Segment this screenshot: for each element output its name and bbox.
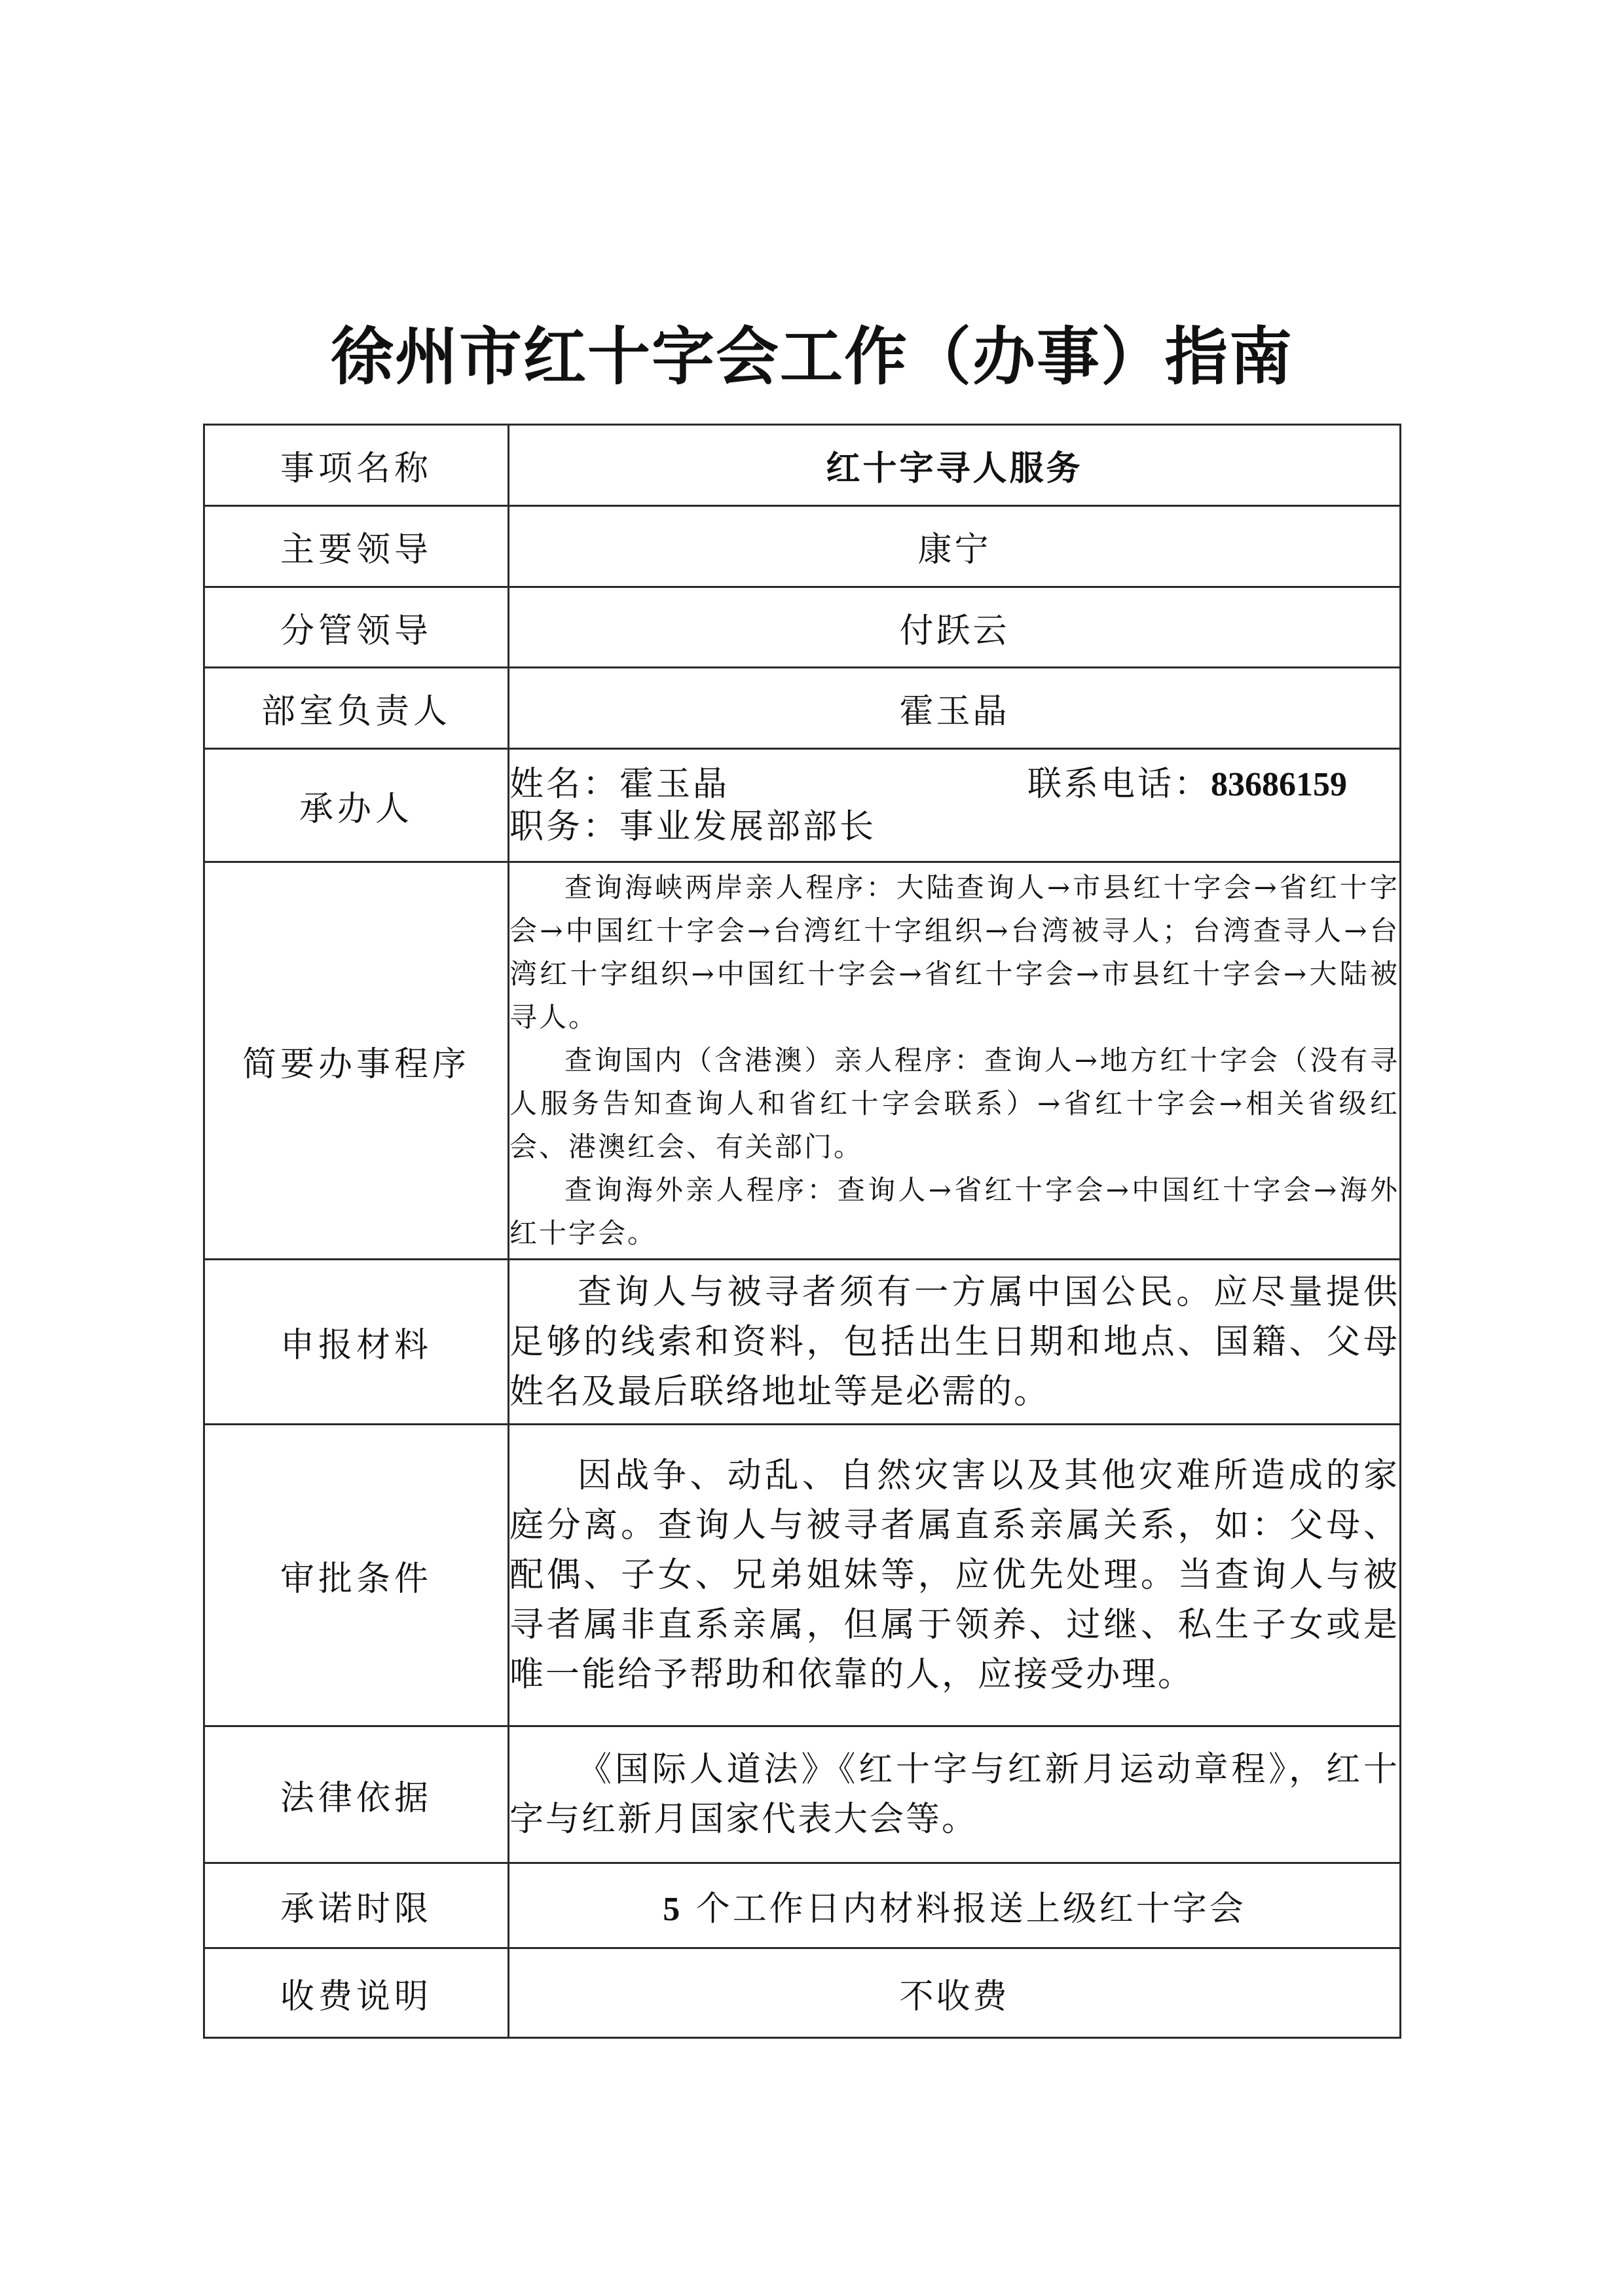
phone-value: 83686159 <box>1211 766 1347 803</box>
main-leader-label: 主要领导 <box>204 506 509 587</box>
table-row-fees: 收费说明 不收费 <box>204 1948 1401 2038</box>
table-row-time-limit: 承诺时限 5 个工作日内材料报送上级红十字会 <box>204 1863 1401 1948</box>
main-leader-value: 康宁 <box>509 506 1401 587</box>
handler-name: 姓名：霍玉晶 <box>509 763 729 806</box>
position-value: 事业发展部部长 <box>619 807 876 847</box>
page-title: 徐州市红十字会工作（办事）指南 <box>0 311 1624 403</box>
phone-label: 联系电话： <box>1027 765 1211 804</box>
fees-value: 不收费 <box>509 1948 1401 2038</box>
time-limit-label: 承诺时限 <box>204 1863 509 1948</box>
handler-line-2: 职务：事业发展部部长 <box>509 806 1399 848</box>
materials-label: 申报材料 <box>204 1260 509 1425</box>
procedure-cross-strait: 查询海峡两岸亲人程序：大陆查询人→市县红十字会→省红十字会→中国红十字会→台湾红… <box>509 866 1399 1039</box>
fees-label: 收费说明 <box>204 1948 509 2038</box>
position-label: 职务： <box>509 807 619 847</box>
approval-content: 因战争、动乱、自然灾害以及其他灾难所造成的家庭分离。查询人与被寻者属直系亲属关系… <box>509 1425 1401 1726</box>
handler-phone: 联系电话：83686159 <box>1027 763 1347 806</box>
legal-basis-label: 法律依据 <box>204 1726 509 1863</box>
handler-line-1: 姓名：霍玉晶 联系电话：83686159 <box>509 763 1399 806</box>
procedure-content: 查询海峡两岸亲人程序：大陆查询人→市县红十字会→省红十字会→中国红十字会→台湾红… <box>509 862 1401 1260</box>
table-row-dept-head: 部室负责人 霍玉晶 <box>204 668 1401 749</box>
dept-head-label: 部室负责人 <box>204 668 509 749</box>
name-label: 姓名： <box>509 765 619 804</box>
table-row-materials: 申报材料 查询人与被寻者须有一方属中国公民。应尽量提供足够的线索和资料，包括出生… <box>204 1260 1401 1425</box>
work-guide-table: 事项名称 红十字寻人服务 主要领导 康宁 分管领导 付跃云 部室负责人 霍玉晶 … <box>203 424 1401 2039</box>
legal-basis-text: 《国际人道法》《红十字与红新月运动章程》，红十字与红新月国家代表大会等。 <box>509 1745 1399 1844</box>
approval-text: 因战争、动乱、自然灾害以及其他灾难所造成的家庭分离。查询人与被寻者属直系亲属关系… <box>509 1451 1399 1700</box>
table-row-procedure: 简要办事程序 查询海峡两岸亲人程序：大陆查询人→市县红十字会→省红十字会→中国红… <box>204 862 1401 1260</box>
materials-text: 查询人与被寻者须有一方属中国公民。应尽量提供足够的线索和资料，包括出生日期和地点… <box>509 1267 1399 1417</box>
time-limit-text: 个工作日内材料报送上级红十字会 <box>696 1889 1246 1929</box>
dept-head-value: 霍玉晶 <box>509 668 1401 749</box>
materials-content: 查询人与被寻者须有一方属中国公民。应尽量提供足够的线索和资料，包括出生日期和地点… <box>509 1260 1401 1425</box>
procedure-domestic: 查询国内（含港澳）亲人程序：查询人→地方红十字会（没有寻人服务告知查询人和省红十… <box>509 1039 1399 1169</box>
name-value: 霍玉晶 <box>619 765 729 804</box>
approval-label: 审批条件 <box>204 1425 509 1726</box>
handler-label: 承办人 <box>204 749 509 862</box>
table-row-item-name: 事项名称 红十字寻人服务 <box>204 425 1401 506</box>
table-row-handler: 承办人 姓名：霍玉晶 联系电话：83686159 职务：事业发展部部长 <box>204 749 1401 862</box>
item-name-value: 红十字寻人服务 <box>509 425 1401 506</box>
deputy-leader-value: 付跃云 <box>509 587 1401 668</box>
table-row-approval: 审批条件 因战争、动乱、自然灾害以及其他灾难所造成的家庭分离。查询人与被寻者属直… <box>204 1425 1401 1726</box>
item-name-label: 事项名称 <box>204 425 509 506</box>
legal-basis-content: 《国际人道法》《红十字与红新月运动章程》，红十字与红新月国家代表大会等。 <box>509 1726 1401 1863</box>
deputy-leader-label: 分管领导 <box>204 587 509 668</box>
procedure-overseas: 查询海外亲人程序：查询人→省红十字会→中国红十字会→海外红十字会。 <box>509 1169 1399 1255</box>
table-row-legal-basis: 法律依据 《国际人道法》《红十字与红新月运动章程》，红十字与红新月国家代表大会等… <box>204 1726 1401 1863</box>
table-row-main-leader: 主要领导 康宁 <box>204 506 1401 587</box>
time-limit-value: 5 个工作日内材料报送上级红十字会 <box>509 1863 1401 1948</box>
handler-details: 姓名：霍玉晶 联系电话：83686159 职务：事业发展部部长 <box>509 749 1401 862</box>
procedure-label: 简要办事程序 <box>204 862 509 1260</box>
time-limit-number: 5 <box>663 1891 682 1928</box>
table-row-deputy-leader: 分管领导 付跃云 <box>204 587 1401 668</box>
